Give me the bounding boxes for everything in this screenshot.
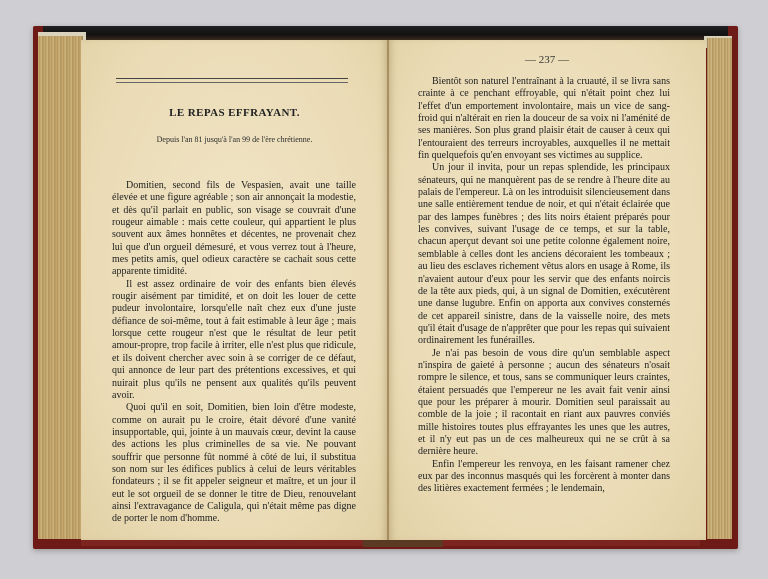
page-edges-left <box>38 36 83 539</box>
chapter-title: LE REPAS EFFRAYANT. <box>81 107 388 119</box>
page-number: — 237 — <box>388 54 706 66</box>
paragraph: Enfin l'empereur les renvoya, en les fai… <box>418 459 670 496</box>
paragraph: Bientôt son naturel l'entraînant à la cr… <box>418 76 670 162</box>
left-page: LE REPAS EFFRAYANT. Depuis l'an 81 jusqu… <box>81 40 388 540</box>
book-gutter <box>387 40 389 540</box>
left-page-text: Domitien, second fils de Vespasien, avai… <box>112 180 356 526</box>
open-book: LE REPAS EFFRAYANT. Depuis l'an 81 jusqu… <box>33 26 738 549</box>
header-rule <box>116 78 348 83</box>
right-page: — 237 — Bientôt son naturel l'entraînant… <box>388 40 706 540</box>
paragraph: Domitien, second fils de Vespasien, avai… <box>112 180 356 279</box>
paragraph: Je n'ai pas besoin de vous dire qu'un se… <box>418 348 670 459</box>
paragraph: Quoi qu'il en soit, Domitien, bien loin … <box>112 402 356 525</box>
paragraph: Un jour il invita, pour un repas splendi… <box>418 162 670 347</box>
page-edges-right <box>707 38 732 539</box>
book-top-band <box>43 26 728 40</box>
chapter-subtitle: Depuis l'an 81 jusqu'à l'an 99 de l'ère … <box>81 135 388 144</box>
spine-bottom <box>363 540 443 547</box>
paragraph: Il est assez ordinaire de voir des enfan… <box>112 279 356 402</box>
right-page-text: Bientôt son naturel l'entraînant à la cr… <box>418 76 670 496</box>
